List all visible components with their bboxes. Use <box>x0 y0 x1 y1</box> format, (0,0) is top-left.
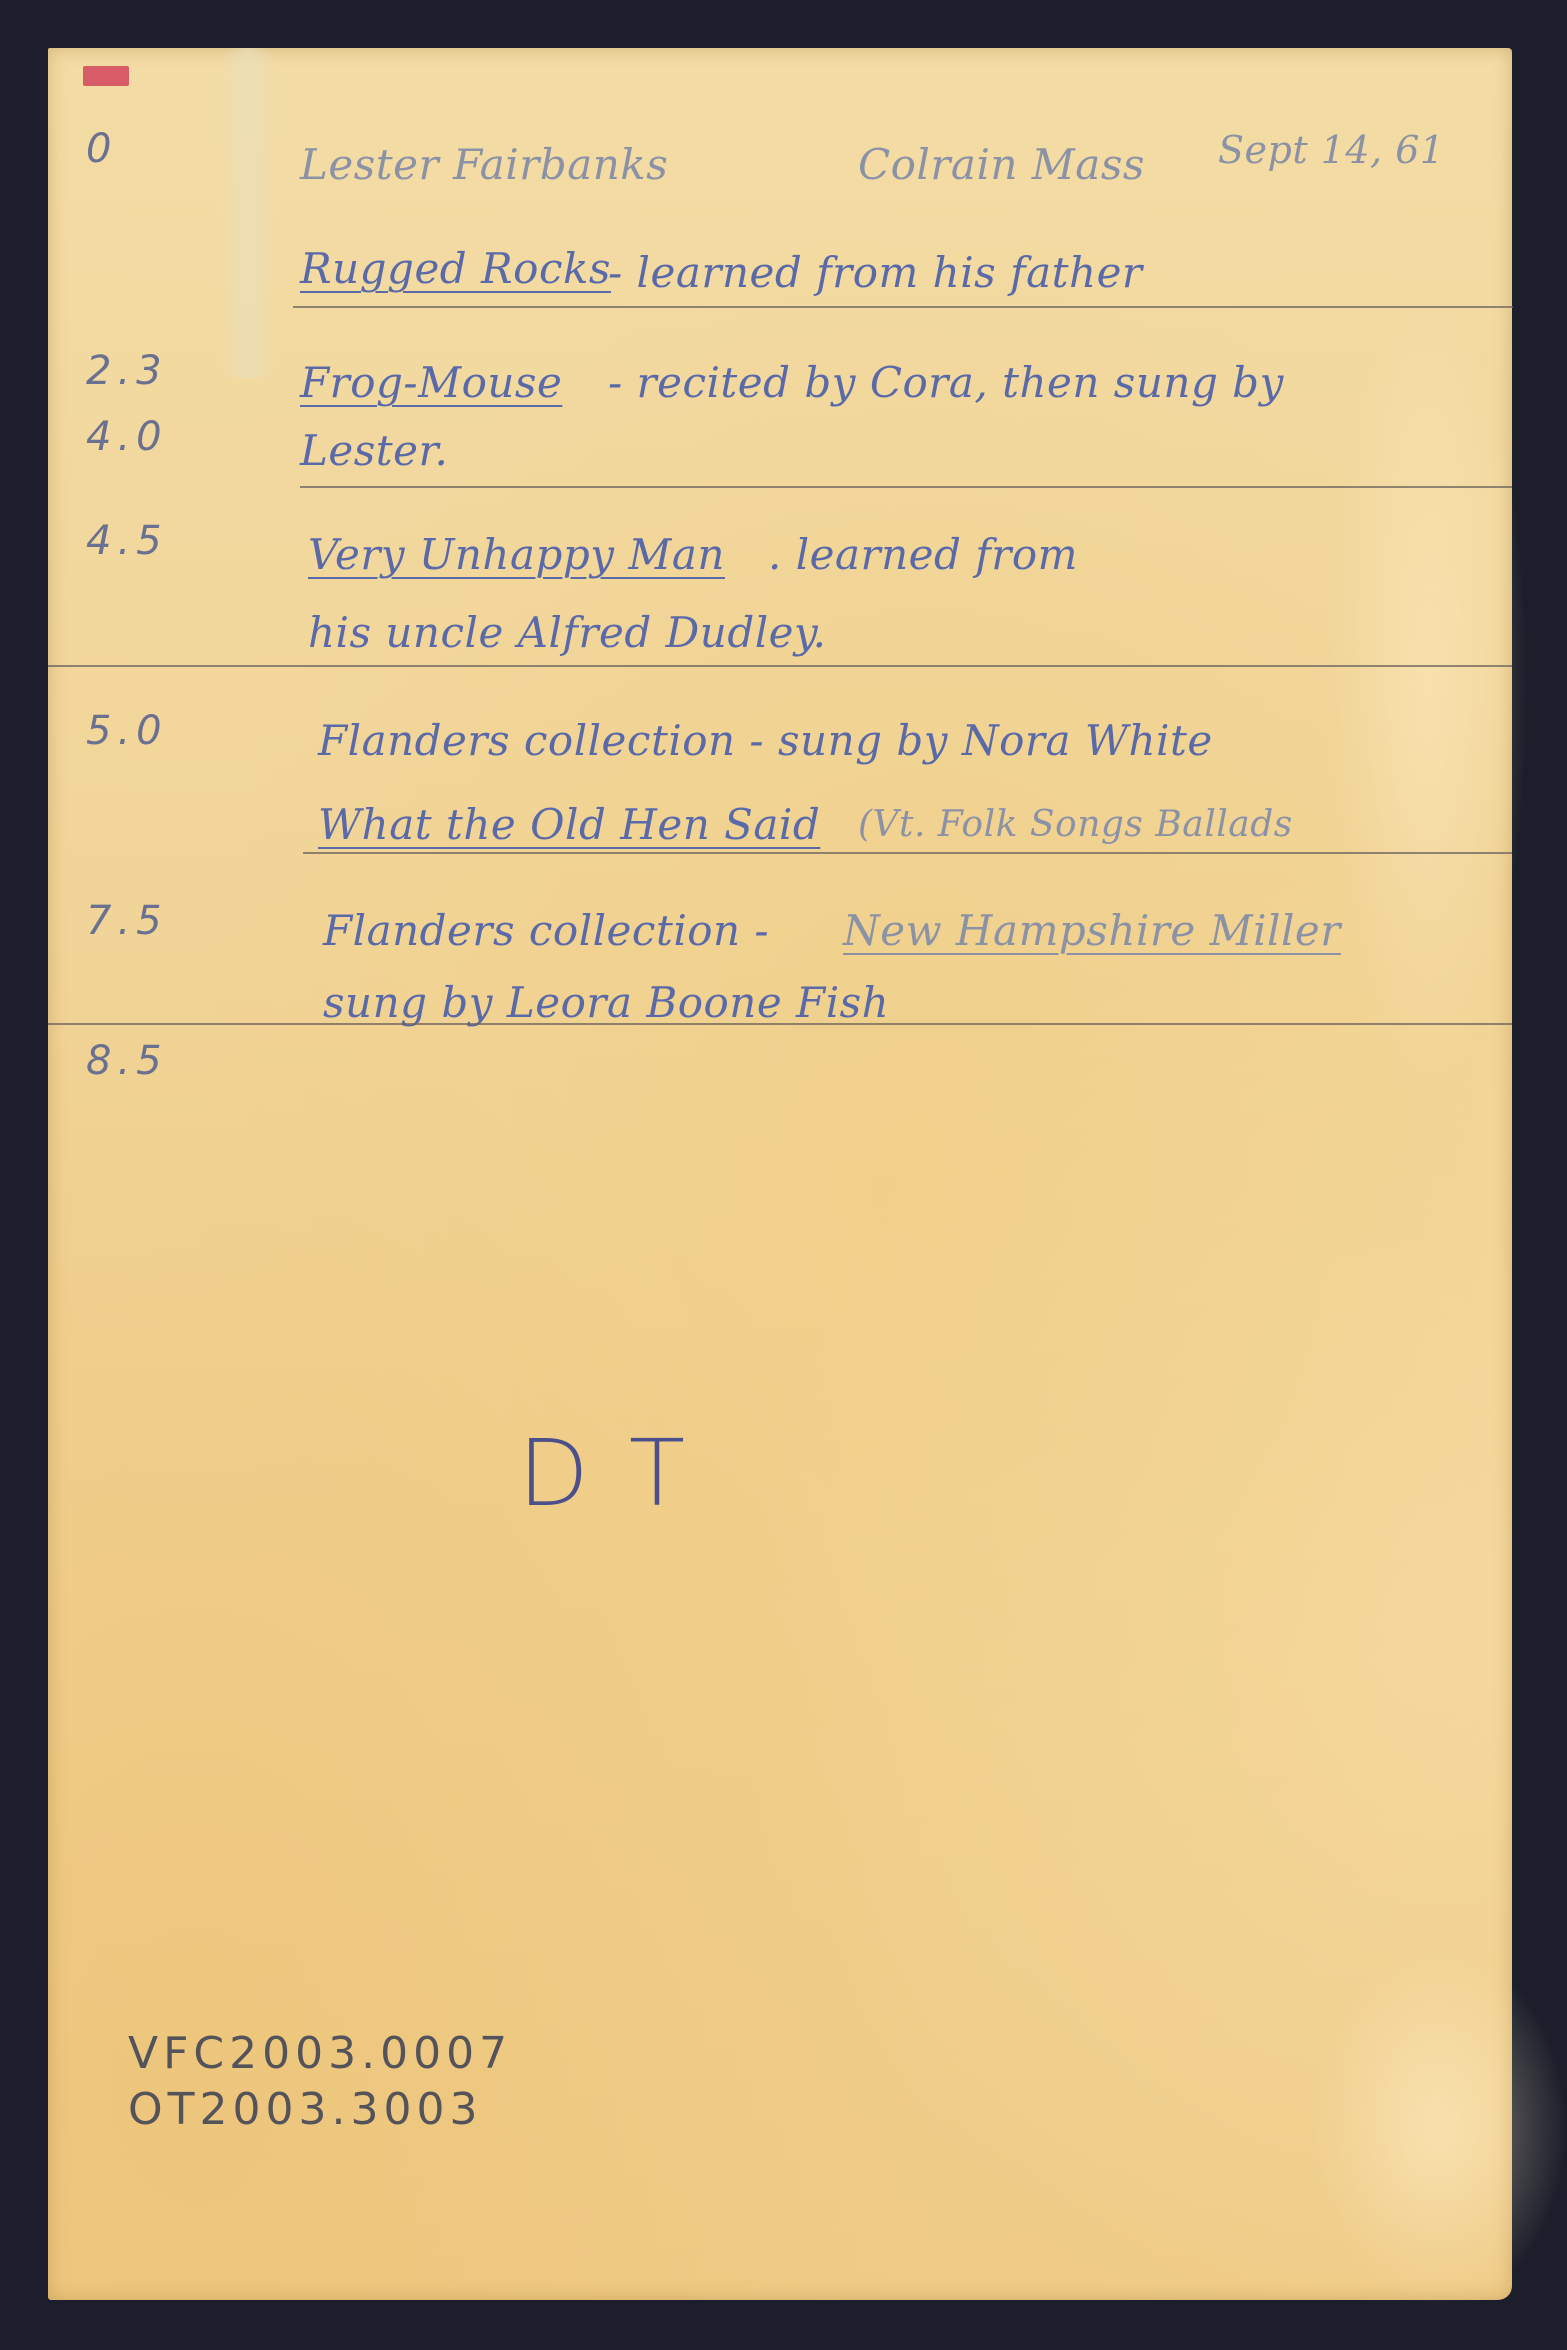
paper-stain <box>218 48 278 378</box>
ruled-line <box>300 486 1512 488</box>
envelope: 0 Lester Fairbanks Colrain Mass Sept 14,… <box>48 48 1512 2300</box>
ruled-line <box>48 1023 1512 1025</box>
song-title-rugged-rocks: Rugged Rocks <box>300 244 611 293</box>
timestamp-7-5: 7.5 <box>86 898 168 944</box>
song-title-very-unhappy-man: Very Unhappy Man <box>308 530 725 579</box>
entry-text: sung by Leora Boone Fish <box>323 978 889 1027</box>
entry-text: Flanders collection - sung by Nora White <box>318 716 1213 765</box>
entry-text: - recited by Cora, then sung by <box>608 358 1284 407</box>
center-mark-dt: DT <box>518 1420 725 1527</box>
song-title-what-the-old-hen-said: What the Old Hen Said <box>318 800 820 849</box>
singer-name: Lester Fairbanks <box>300 140 668 189</box>
entry-text: Lester. <box>300 426 448 475</box>
paper-stain <box>1328 288 1528 1088</box>
entry-text: his uncle Alfred Dudley. <box>308 608 827 657</box>
entry-text: Flanders collection - <box>323 906 769 955</box>
recording-place: Colrain Mass <box>858 140 1145 189</box>
catalog-number-vfc: VFC2003.0007 <box>128 2028 512 2079</box>
timestamp-5-0: 5.0 <box>86 708 168 754</box>
timestamp-8-5: 8.5 <box>86 1038 168 1084</box>
entry-text: . learned from <box>768 530 1078 579</box>
ruled-line <box>303 852 1512 854</box>
timestamp-0: 0 <box>86 126 117 172</box>
timestamp-4-5: 4.5 <box>86 518 168 564</box>
timestamp-2-3: 2.3 <box>86 348 168 394</box>
red-marker-tab <box>83 66 129 86</box>
song-note: - learned from his father <box>608 248 1143 297</box>
recording-date: Sept 14, 61 <box>1218 128 1445 172</box>
ruled-line <box>293 306 1513 308</box>
source-reference: (Vt. Folk Songs Ballads <box>858 804 1293 845</box>
catalog-number-ot: OT2003.3003 <box>128 2084 482 2135</box>
ruled-line <box>48 665 1512 667</box>
song-title-new-hampshire-miller: New Hampshire Miller <box>843 906 1341 955</box>
song-title-frog-mouse: Frog-Mouse <box>300 358 562 407</box>
paper-stain <box>1308 1948 1567 2308</box>
timestamp-4-0: 4.0 <box>86 414 168 460</box>
